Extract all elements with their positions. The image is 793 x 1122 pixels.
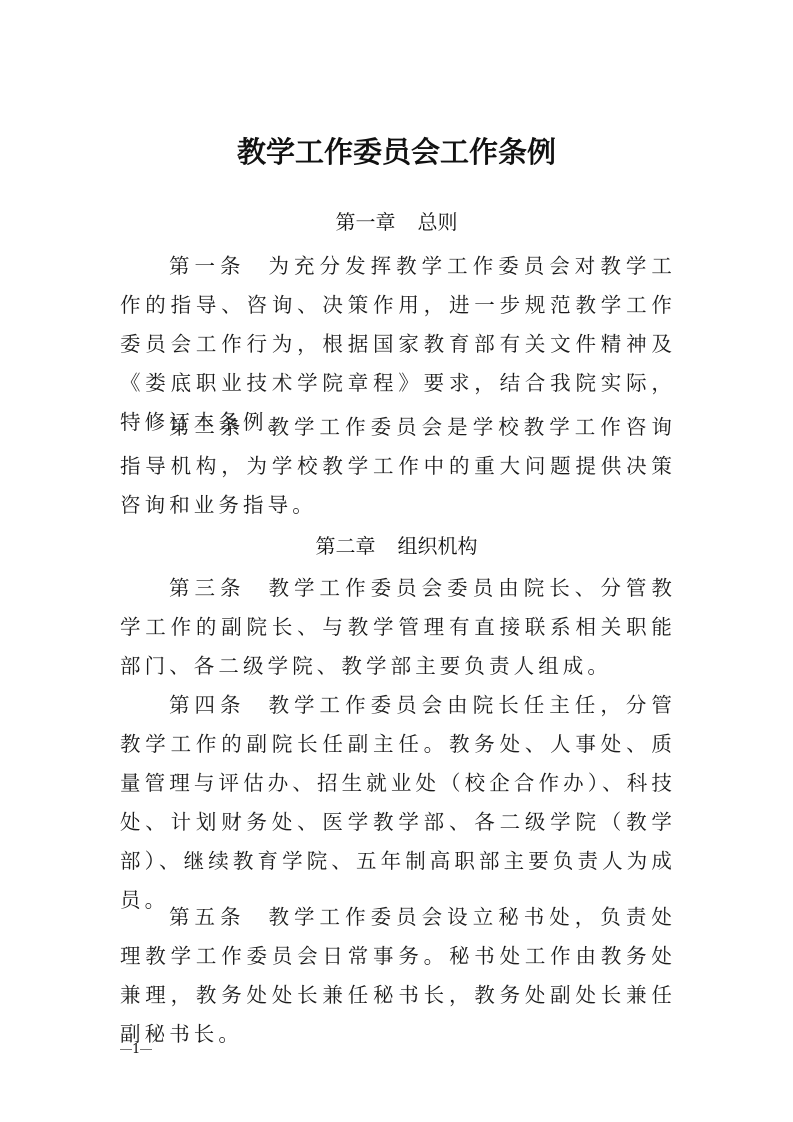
page-number-value: 1	[132, 1042, 140, 1057]
article-2: 第二条教学工作委员会是学校教学工作咨询指导机构，为学校教学工作中的重大问题提供决…	[120, 408, 676, 525]
article-text: 为充分发挥教学工作委员会对教学工作的指导、咨询、决策作用，进一步规范教学工作委员…	[120, 254, 676, 434]
chapter-name: 总则	[418, 210, 458, 234]
page-number: 1	[120, 1042, 152, 1057]
document-page: 教学工作委员会工作条例 第一章总则 第一条为充分发挥教学工作委员会对教学工作的指…	[0, 0, 793, 1122]
article-number: 第二条	[169, 415, 246, 439]
article-4: 第四条教学工作委员会由院长任主任，分管教学工作的副院长任副主任。教务处、人事处、…	[120, 686, 676, 920]
document-title: 教学工作委员会工作条例	[0, 134, 793, 170]
chapter-heading-2: 第二章组织机构	[0, 531, 793, 561]
chapter-number: 第二章	[316, 534, 376, 558]
chapter-number: 第一章	[336, 210, 396, 234]
article-5: 第五条教学工作委员会设立秘书处，负责处理教学工作委员会日常事务。秘书处工作由教务…	[120, 898, 676, 1054]
article-number: 第三条	[169, 576, 246, 600]
article-number: 第五条	[169, 905, 246, 929]
article-number: 第四条	[169, 693, 246, 717]
dash-decoration	[120, 1049, 132, 1050]
article-3: 第三条教学工作委员会委员由院长、分管教学工作的副院长、与教学管理有直接联系相关职…	[120, 569, 676, 686]
article-text: 教学工作委员会由院长任主任，分管教学工作的副院长任副主任。教务处、人事处、质量管…	[120, 693, 676, 912]
chapter-name: 组织机构	[398, 534, 478, 558]
chapter-heading-1: 第一章总则	[0, 207, 793, 237]
dash-decoration	[140, 1049, 152, 1050]
article-number: 第一条	[169, 254, 246, 278]
